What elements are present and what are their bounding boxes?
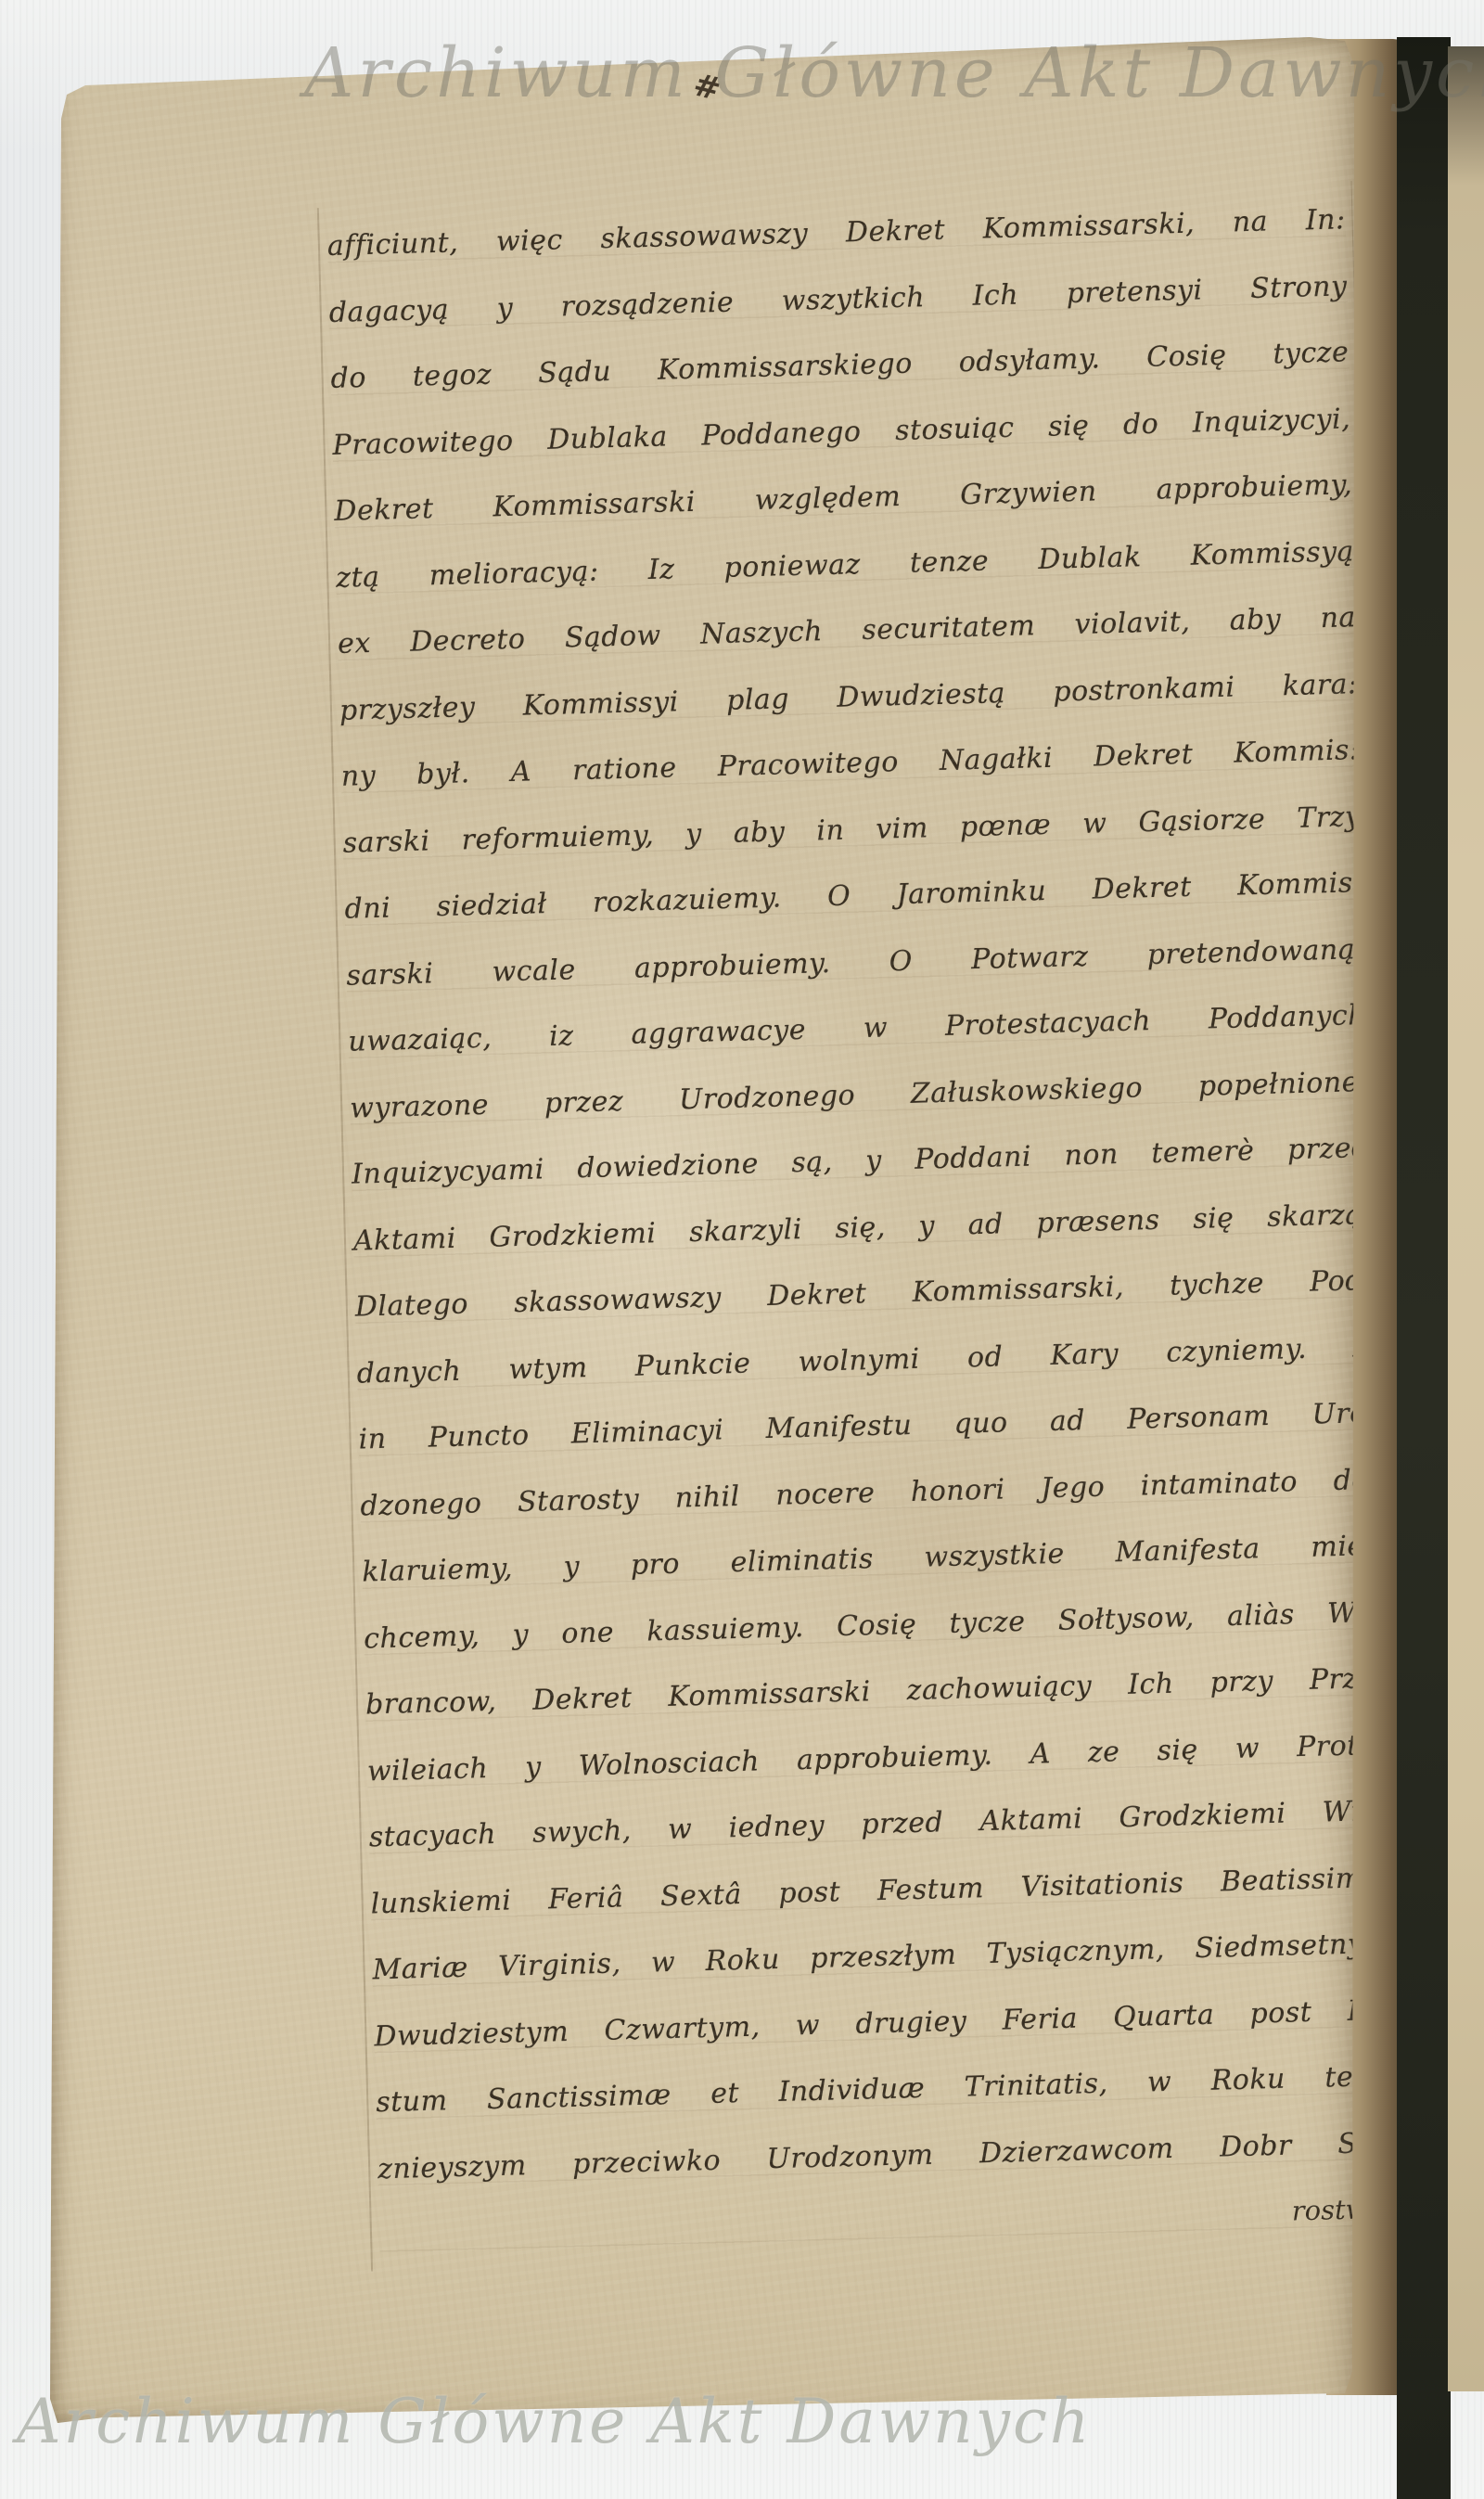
manuscript-page: afficiunt, więc skassowawszy Dekret Komm… (48, 33, 1365, 2429)
manuscript-line: uwazaiąc, iz aggrawacye w Protestacyach … (347, 982, 1366, 1075)
manuscript-line: wileiach y Wolnosciach approbuiemy. A ze… (366, 1711, 1386, 1804)
manuscript-line: wyrazone przez Urodzonego Załuskowskiego… (349, 1048, 1368, 1141)
catchword: rostwa (378, 2176, 1398, 2268)
manuscript-line: dzonego Starosty nihil nocere honori Jeg… (360, 1446, 1379, 1539)
manuscript-line: Mariæ Virginis, w Roku przeszłym Tysiącz… (372, 1911, 1391, 2004)
manuscript-line: in Puncto Eliminacyi Manifestu quo ad Pe… (358, 1380, 1377, 1473)
manuscript-line: ny był. A ratione Pracowitego Nagałki De… (340, 717, 1360, 810)
manuscript-line: sarski reformuiemy, y aby in vim pœnæ w … (342, 784, 1362, 877)
manuscript-line: brancow, Dekret Kommissarski zachowuiący… (365, 1646, 1384, 1738)
manuscript-line: stum Sanctissimæ et Individuæ Trinitatis… (375, 2044, 1394, 2136)
manuscript-line: do tegoz Sądu Kommissarskiego odsyłamy. … (330, 319, 1350, 412)
manuscript-line: Dekret Kommissarski względem Grzywien ap… (333, 452, 1352, 545)
manuscript-line: Aktami Grodzkiemi skarzyli się, y ad præ… (352, 1181, 1372, 1274)
manuscript-line: Inquizycyami dowiedzione są, y Poddani n… (351, 1115, 1370, 1208)
manuscript-line: klaruiemy, y pro eliminatis wszystkie Ma… (361, 1513, 1380, 1606)
manuscript-line: afficiunt, więc skassowawszy Dekret Komm… (326, 186, 1346, 279)
manuscript-line: chcemy, y one kassuiemy. Cosię tycze Soł… (363, 1579, 1382, 1672)
manuscript-line: ztą melioracyą: Iz poniewaz tenze Dublak… (335, 519, 1354, 611)
manuscript-line: dagacyą y rozsądzenie wszytkich Ich pret… (328, 253, 1348, 346)
manuscript-text-block: afficiunt, więc skassowawszy Dekret Komm… (326, 186, 1399, 2267)
manuscript-line: znieyszym przeciwko Urodzonym Dzierzawco… (377, 2109, 1396, 2202)
manuscript-line: lunskiemi Feriâ Sextâ post Festum Visita… (370, 1844, 1389, 1937)
manuscript-line: Pracowitego Dublaka Poddanego stosuiąc s… (332, 386, 1351, 479)
manuscript-line: przyszłey Kommissyi plag Dwudziestą post… (339, 651, 1358, 744)
manuscript-line: Dlatego skassowawszy Dekret Kommissarski… (354, 1248, 1374, 1340)
manuscript-line: stacyach swych, w iedney przed Aktami Gr… (368, 1778, 1388, 1871)
left-margin-rule (317, 208, 373, 2271)
manuscript-line: ex Decreto Sądow Naszych securitatem vio… (337, 584, 1356, 677)
document-scan: afficiunt, więc skassowawszy Dekret Komm… (0, 0, 1484, 2499)
manuscript-line: danych wtym Punkcie wolnymi od Kary czyn… (356, 1314, 1375, 1406)
manuscript-line: sarski wcale approbuiemy. O Potwarz pret… (346, 916, 1365, 1008)
manuscript-line: Dwudziestym Czwartym, w drugiey Feria Qu… (374, 1977, 1393, 2070)
manuscript-line: dni siedział rozkazuiemy. O Jarominku De… (344, 850, 1363, 942)
adjacent-page-edge (1448, 46, 1484, 2391)
book-spine (1397, 37, 1451, 2499)
